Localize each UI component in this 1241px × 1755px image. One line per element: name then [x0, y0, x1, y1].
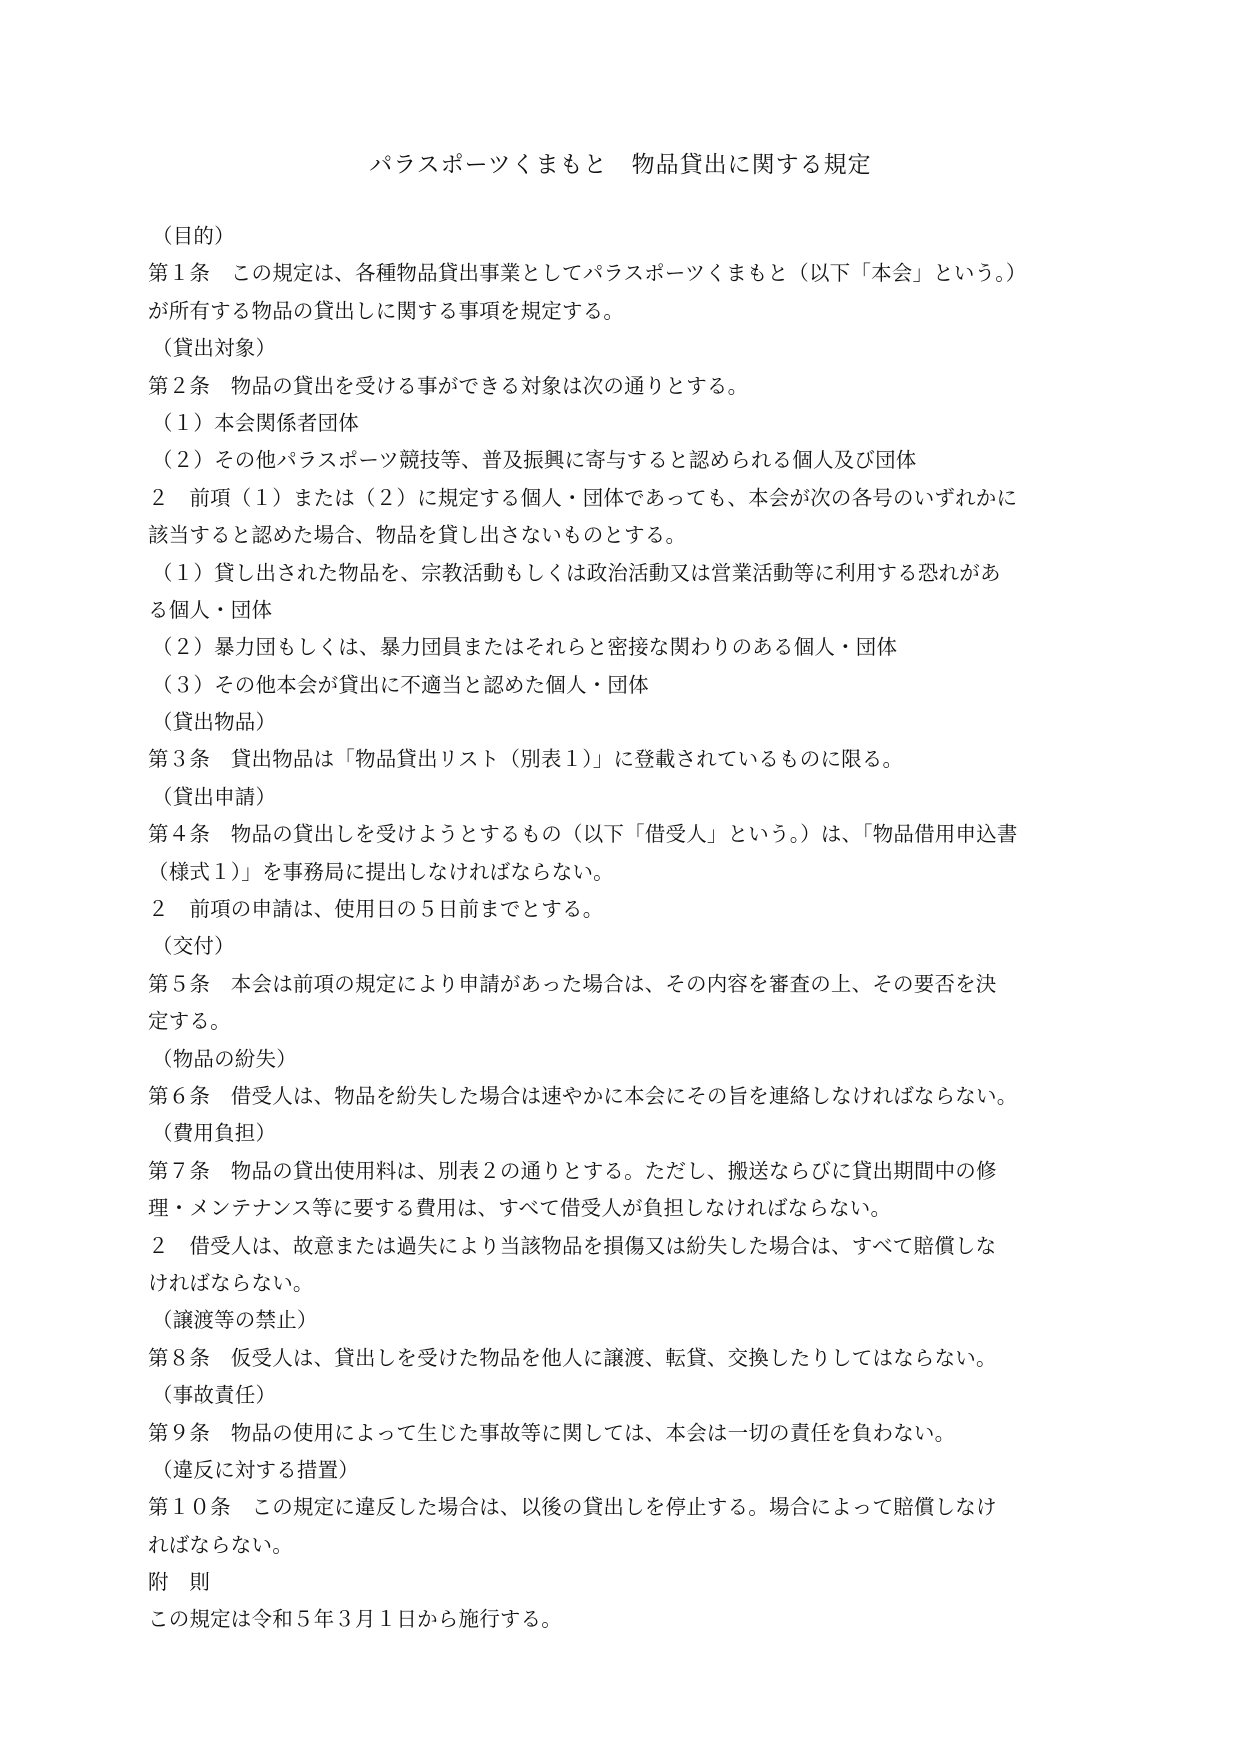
article-5: 第５条 本会は前項の規定により申請があった場合は、その内容を審査の上、その要否を…: [148, 966, 1093, 1003]
article-7-paragraph-2-continuation: ければならない。: [148, 1265, 1093, 1302]
article-2-item-2: （２）その他パラスポーツ競技等、普及振興に寄与すると認められる個人及び団体: [148, 442, 1093, 479]
article-4: 第４条 物品の貸出しを受けようとするもの（以下「借受人」という。）は、「物品借用…: [148, 816, 1093, 853]
article-10-continuation: ればならない。: [148, 1527, 1093, 1564]
article-7: 第７条 物品の貸出使用料は、別表２の通りとする。ただし、搬送ならびに貸出期間中の…: [148, 1153, 1093, 1190]
section-heading-lending-items: （貸出物品）: [148, 704, 1093, 741]
article-2-paragraph-2-item-1-continuation: る個人・団体: [148, 592, 1093, 629]
article-2-paragraph-2-item-1: （１）貸し出された物品を、宗教活動もしくは政治活動又は営業活動等に利用する恐れが…: [148, 555, 1093, 592]
article-1-continuation: が所有する物品の貸出しに関する事項を規定する。: [148, 293, 1093, 330]
article-2: 第２条 物品の貸出を受ける事ができる対象は次の通りとする。: [148, 368, 1093, 405]
article-7-paragraph-2: ２ 借受人は、故意または過失により当該物品を損傷又は紛失した場合は、すべて賠償し…: [148, 1228, 1093, 1265]
section-heading-violation-measures: （違反に対する措置）: [148, 1452, 1093, 1489]
article-10: 第１０条 この規定に違反した場合は、以後の貸出しを停止する。場合によって賠償しな…: [148, 1489, 1093, 1526]
section-heading-transfer-prohibition: （譲渡等の禁止）: [148, 1302, 1093, 1339]
article-2-paragraph-2-continuation: 該当すると認めた場合、物品を貸し出さないものとする。: [148, 517, 1093, 554]
section-heading-issuance: （交付）: [148, 928, 1093, 965]
section-heading-purpose: （目的）: [148, 218, 1093, 255]
article-6: 第６条 借受人は、物品を紛失した場合は速やかに本会にその旨を連絡しなければならな…: [148, 1078, 1093, 1115]
article-3: 第３条 貸出物品は「物品貸出リスト（別表１）」に登載されているものに限る。: [148, 741, 1093, 778]
document-page: パラスポーツくまもと 物品貸出に関する規定 （目的） 第１条 この規定は、各種物…: [0, 0, 1241, 1755]
supplementary-provisions-heading: 附 則: [148, 1564, 1093, 1601]
article-9: 第９条 物品の使用によって生じた事故等に関しては、本会は一切の責任を負わない。: [148, 1415, 1093, 1452]
article-4-paragraph-2: ２ 前項の申請は、使用日の５日前までとする。: [148, 891, 1093, 928]
effective-date: この規定は令和５年３月１日から施行する。: [148, 1601, 1093, 1638]
section-heading-cost: （費用負担）: [148, 1115, 1093, 1152]
article-2-paragraph-2-item-3: （３）その他本会が貸出に不適当と認めた個人・団体: [148, 667, 1093, 704]
document-title: パラスポーツくまもと 物品貸出に関する規定: [0, 148, 1241, 182]
section-heading-loss: （物品の紛失）: [148, 1041, 1093, 1078]
document-body: （目的） 第１条 この規定は、各種物品貸出事業としてパラスポーツくまもと（以下「…: [148, 218, 1093, 1639]
article-7-continuation: 理・メンテナンス等に要する費用は、すべて借受人が負担しなければならない。: [148, 1190, 1093, 1227]
article-2-item-1: （１）本会関係者団体: [148, 405, 1093, 442]
article-2-paragraph-2-item-2: （２）暴力団もしくは、暴力団員またはそれらと密接な関わりのある個人・団体: [148, 629, 1093, 666]
section-heading-lending-target: （貸出対象）: [148, 330, 1093, 367]
section-heading-accident-liability: （事故責任）: [148, 1377, 1093, 1414]
article-8: 第８条 仮受人は、貸出しを受けた物品を他人に譲渡、転貸、交換したりしてはならない…: [148, 1340, 1093, 1377]
article-4-continuation: （様式１）」を事務局に提出しなければならない。: [148, 854, 1093, 891]
article-5-continuation: 定する。: [148, 1003, 1093, 1040]
article-1: 第１条 この規定は、各種物品貸出事業としてパラスポーツくまもと（以下「本会」とい…: [148, 255, 1093, 292]
section-heading-lending-application: （貸出申請）: [148, 779, 1093, 816]
article-2-paragraph-2: ２ 前項（１）または（２）に規定する個人・団体であっても、本会が次の各号のいずれ…: [148, 480, 1093, 517]
